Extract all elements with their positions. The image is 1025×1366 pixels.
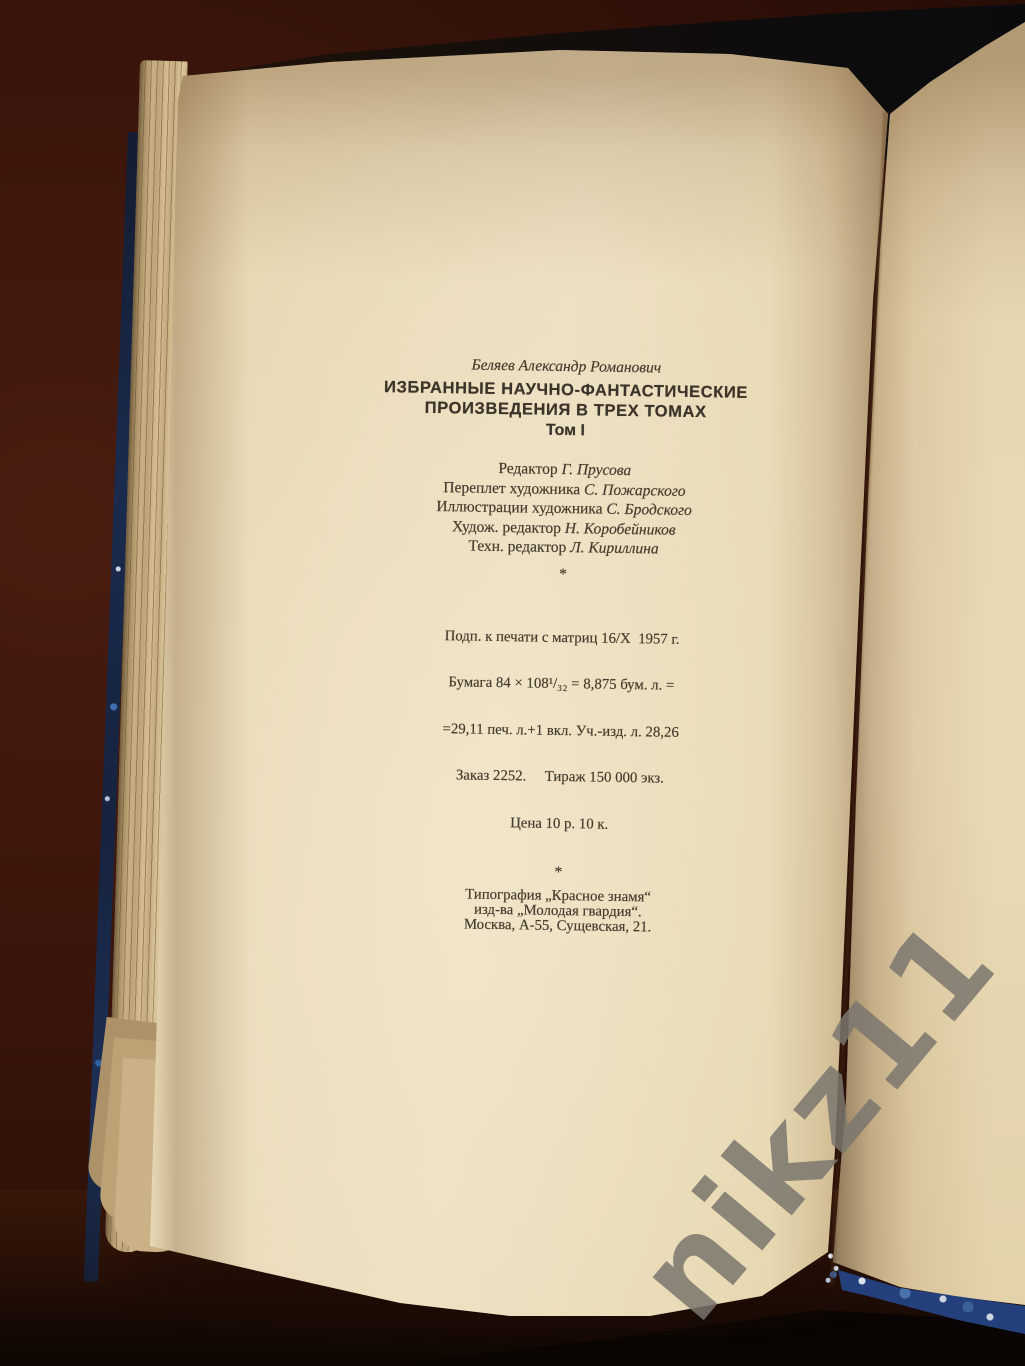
print-info-block: Подп. к печати с матриц 16/X 1957 г. Бум…: [309, 596, 813, 867]
credit-name: Г. Прусова: [561, 461, 631, 479]
credit-role: Редактор: [498, 460, 558, 478]
print-info-line: Бумага 84 × 108¹/₃₂ = 8,875 бум. л. =: [311, 673, 811, 696]
credit-role: Иллюстрации художника: [436, 498, 602, 518]
credit-role: Худож. редактор: [452, 518, 561, 537]
printer-block: Типография „Красное знамя“ изд-ва „Молод…: [308, 885, 809, 938]
print-info-line: Заказ 2252. Тираж 150 000 экз.: [310, 766, 810, 789]
credit-role: Переплет художника: [443, 479, 580, 498]
credit-name: С. Пожарского: [584, 481, 686, 500]
book-title: ИЗБРАННЫЕ НАУЧНО-ФАНТАСТИЧЕСКИЕ ПРОИЗВЕД…: [316, 376, 817, 424]
print-info-line: Подп. к печати с матриц 16/X 1957 г.: [312, 627, 812, 650]
photo-scene: Беляев Александр Романович ИЗБРАННЫЕ НАУ…: [0, 0, 1025, 1366]
print-info-line: Цена 10 р. 10 к.: [309, 813, 809, 836]
credit-name: Л. Кириллина: [570, 539, 659, 557]
print-info-line: =29,11 печ. л.+1 вкл. Уч.-изд. л. 28,26: [311, 720, 811, 743]
colophon: Беляев Александр Романович ИЗБРАННЫЕ НАУ…: [308, 354, 817, 938]
credit-name: Н. Коробейников: [565, 520, 676, 539]
credit-role: Техн. редактор: [468, 538, 566, 557]
credit-name: С. Бродского: [606, 501, 692, 519]
credits-block: Редактор Г. Прусова Переплет художника С…: [313, 456, 814, 561]
separator-asterisk: *: [313, 562, 813, 588]
